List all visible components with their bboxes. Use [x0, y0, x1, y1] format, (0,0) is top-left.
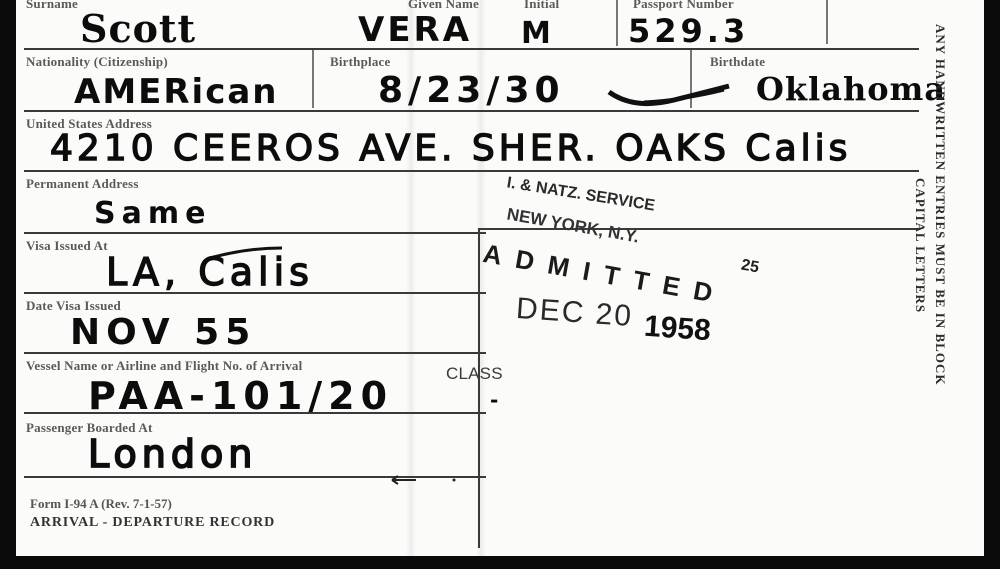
passport-number-value: 529.3 [628, 12, 749, 50]
initial-label: Initial [524, 0, 559, 12]
divider [826, 0, 828, 44]
divider [312, 50, 314, 108]
stamp-box-left-border [478, 228, 480, 548]
given-name-value: VERA [358, 10, 472, 50]
surname-label: Surname [26, 0, 78, 12]
row-divider [24, 412, 486, 414]
nationality-value: AMERican [74, 72, 279, 112]
birthplace-label: Birthplace [330, 54, 391, 70]
divider [616, 0, 618, 46]
permanent-address-value: Same [94, 196, 211, 231]
permanent-address-label: Permanent Address [26, 176, 139, 192]
handwritten-dash-mark [604, 82, 734, 112]
row-divider [24, 110, 919, 112]
row-divider [24, 352, 486, 354]
row-divider [24, 292, 486, 294]
visa-issued-at-value: LA, Calis [106, 250, 314, 294]
stamp-date-year: 1958 [643, 310, 712, 349]
form-number: Form I-94 A (Rev. 7-1-57) [30, 496, 172, 512]
side-instruction-line2: CAPITAL LETTERS [912, 178, 928, 313]
stamp-city-line: NEW YORK, N.Y. [505, 205, 640, 248]
row-divider [24, 232, 486, 234]
surname-value: Scott [80, 6, 196, 51]
row-divider [24, 48, 919, 50]
i94-arrival-departure-card: Surname Scott Given Name VERA Initial M … [16, 0, 984, 556]
form-title: ARRIVAL - DEPARTURE RECORD [30, 515, 275, 531]
boarded-at-value: London [88, 432, 257, 476]
birthplace-value: 8/23/30 [378, 70, 565, 111]
class-label: CLASS [446, 364, 503, 384]
stamp-date-month-day: DEC 20 [515, 292, 634, 334]
passport-number-label: Passport Number [633, 0, 734, 12]
nationality-label: Nationality (Citizenship) [26, 54, 168, 70]
us-address-value: 4210 CEEROS AVE. SHER. OAKS Calis [50, 128, 851, 169]
visa-issued-at-label: Visa Issued At [26, 238, 108, 254]
class-value: - [490, 388, 498, 412]
date-visa-issued-value: NOV 55 [70, 312, 256, 353]
birthdate-label: Birthdate [710, 54, 765, 70]
arrow-mark [386, 470, 466, 490]
stamp-zone: 25 [740, 257, 761, 278]
side-instruction-line1: ANY HANDWRITTEN ENTRIES MUST BE IN BLOCK [932, 24, 948, 385]
initial-value: M [521, 16, 554, 51]
birthdate-value: Oklahoma [756, 70, 946, 108]
vessel-flight-label: Vessel Name or Airline and Flight No. of… [26, 358, 302, 374]
row-divider [24, 170, 919, 172]
